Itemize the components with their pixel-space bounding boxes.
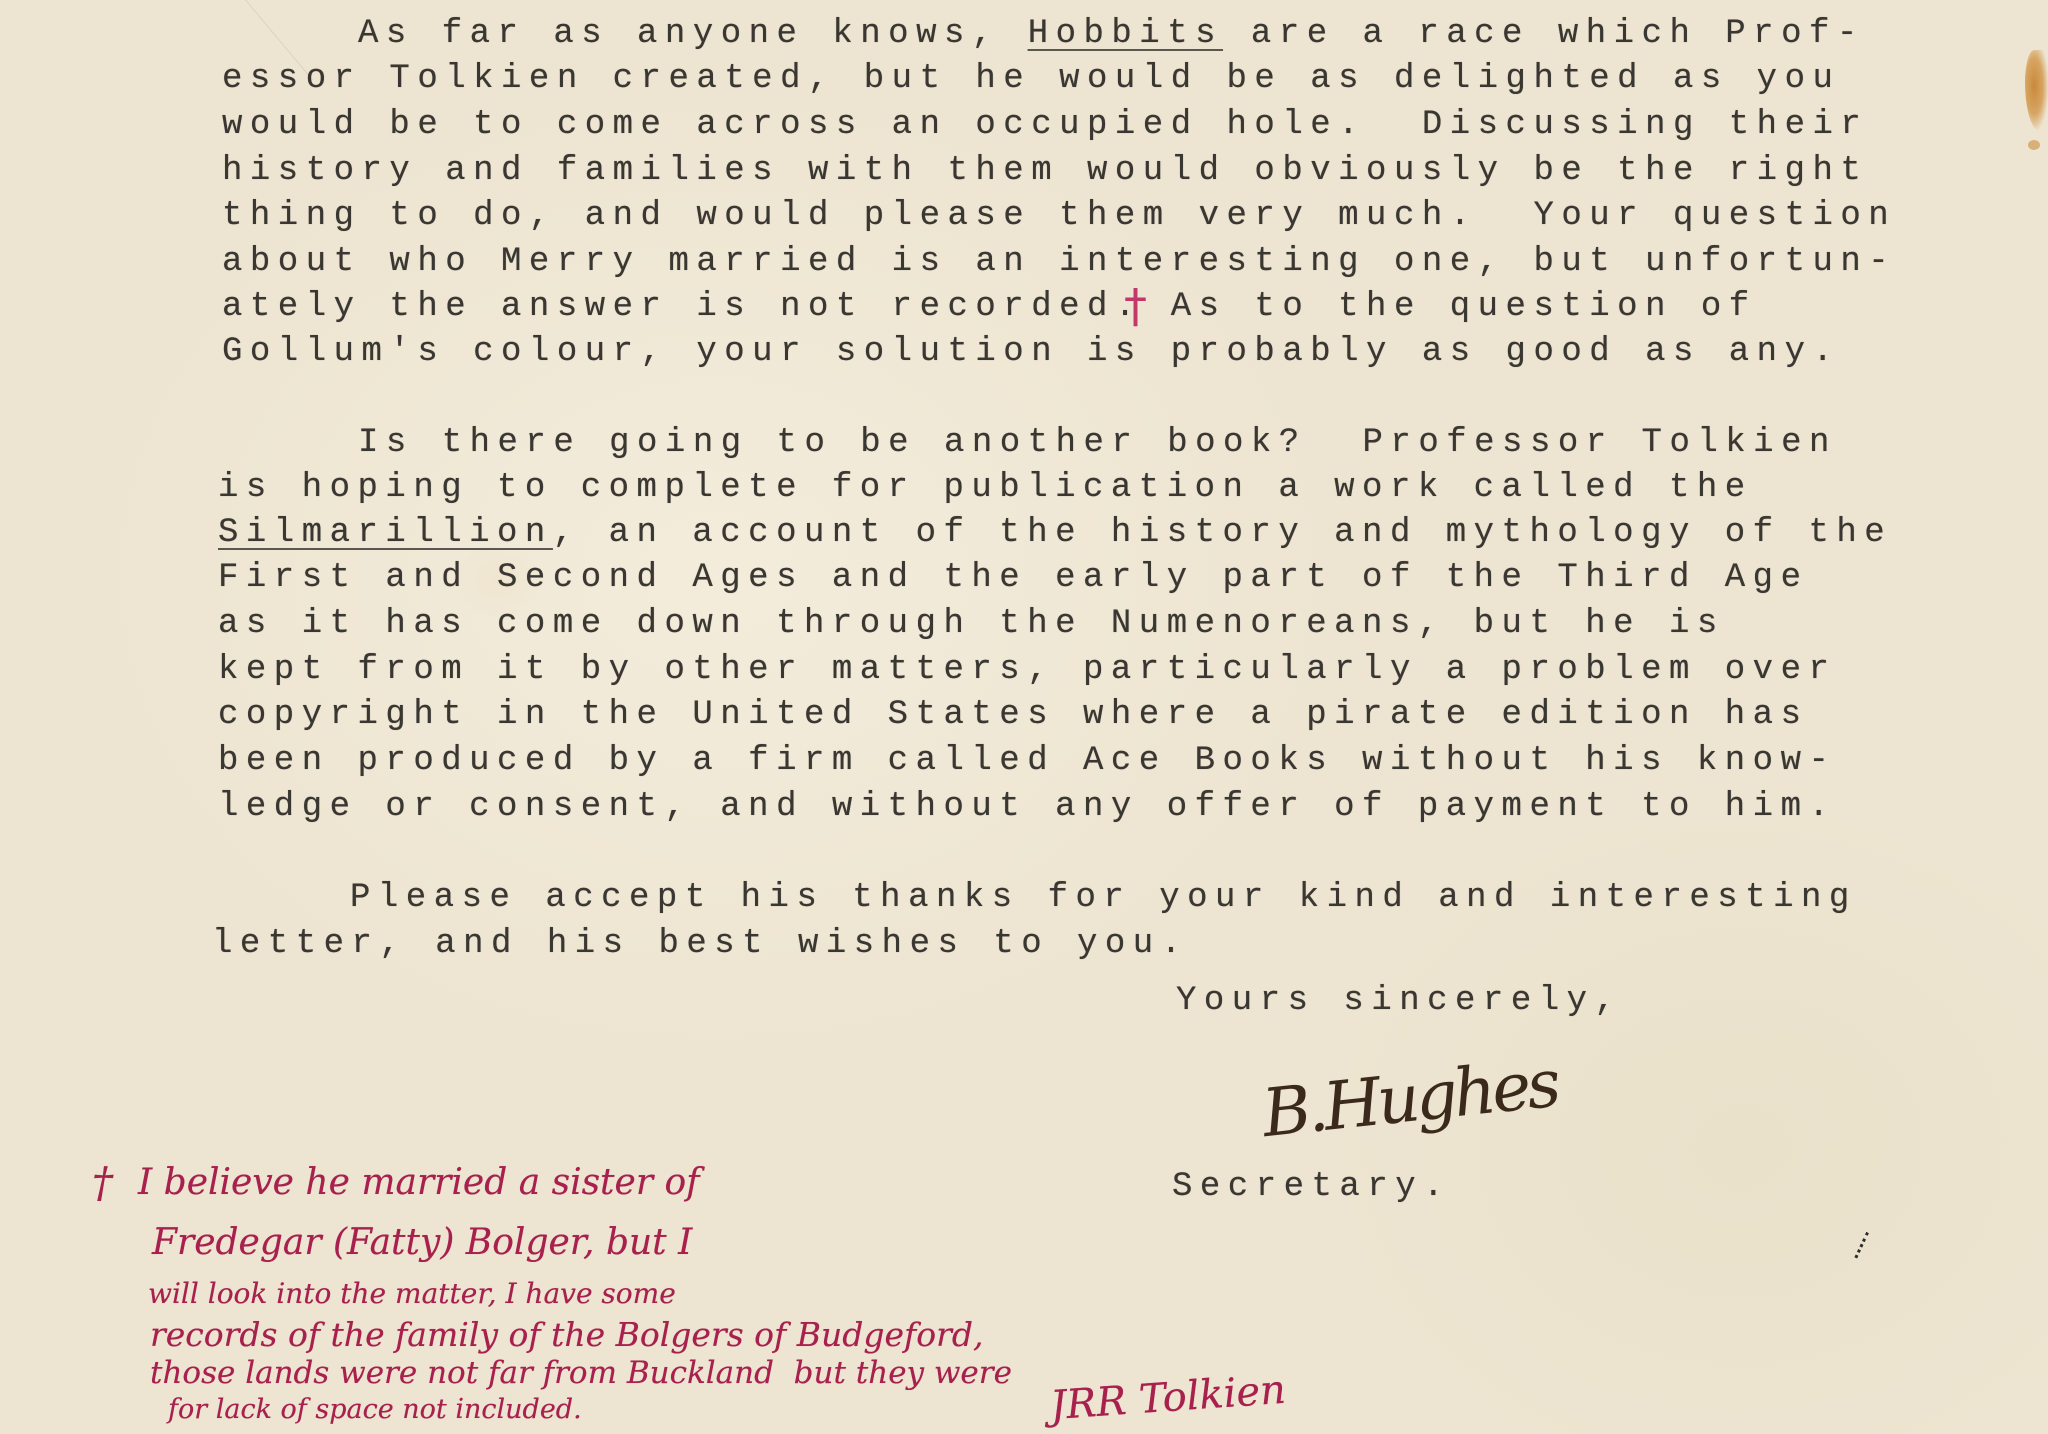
paragraph-1-line-1: As far as anyone knows, Hobbits are a ra…: [358, 17, 1865, 51]
paragraph-1-line-5: thing to do, and would please them very …: [222, 199, 1896, 233]
letter-page: As far as anyone knows, Hobbits are a ra…: [0, 0, 2048, 1434]
stain-mark-small: [2028, 140, 2040, 150]
text-segment: ately the answer is not recorded.: [222, 288, 1143, 326]
paragraph-1-line-8: Gollum's colour, your solution is probab…: [222, 335, 1840, 369]
footnote-dagger-mark: †: [1124, 283, 1147, 329]
tolkien-signature: JRR Tolkien: [1049, 1370, 1287, 1426]
paragraph-2-line-1: Is there going to be another book? Profe…: [358, 426, 1837, 460]
paragraph-1-line-6: about who Merry married is an interestin…: [222, 245, 1896, 279]
paragraph-2-line-4: First and Second Ages and the early part…: [218, 561, 1809, 595]
text-segment: are a race which Prof-: [1223, 15, 1865, 53]
paragraph-3-line-2: letter, and his best wishes to you.: [212, 927, 1189, 961]
handwritten-line-4: records of the family of the Bolgers of …: [150, 1318, 983, 1351]
text-segment: As to the question of: [1143, 288, 1757, 326]
paragraph-1-line-7: ately the answer is not recorded. As to …: [222, 290, 1757, 324]
underlined-hobbits: Hobbits: [1028, 15, 1223, 53]
paragraph-2-line-8: been produced by a firm called Ace Books…: [218, 744, 1836, 778]
stain-mark: [2025, 50, 2048, 130]
secretary-signature: B.Hughes: [1259, 1045, 1561, 1152]
handwritten-line-3: will look into the matter, I have some: [148, 1280, 676, 1308]
paragraph-2-line-5: as it has come down through the Numenore…: [218, 607, 1725, 641]
paragraph-2-line-2: is hoping to complete for publication a …: [218, 471, 1753, 505]
signatory-title: Secretary.: [1172, 1170, 1451, 1204]
paragraph-3-line-1: Please accept his thanks for your kind a…: [350, 881, 1857, 915]
paragraph-1-line-2: essor Tolkien created, but he would be a…: [222, 62, 1840, 96]
underlined-silmarillion: Silmarillion: [218, 514, 553, 552]
paragraph-1-line-4: history and families with them would obv…: [222, 154, 1868, 188]
paragraph-2-line-3: Silmarillion, an account of the history …: [218, 516, 1892, 550]
closing-salutation: Yours sincerely,: [1176, 984, 1622, 1018]
paragraph-2-line-9: ledge or consent, and without any offer …: [218, 790, 1836, 824]
ink-speck: [1854, 1232, 1872, 1260]
handwritten-dagger-mark: †: [92, 1162, 113, 1204]
handwritten-line-5: those lands were not far from Buckland b…: [150, 1358, 1012, 1389]
paragraph-2-line-7: copyright in the United States where a p…: [218, 698, 1809, 732]
handwritten-line-2: Fredegar (Fatty) Bolger, but I: [152, 1225, 692, 1261]
text-segment: As far as anyone knows,: [358, 15, 1028, 53]
handwritten-line-6: for lack of space not included.: [168, 1396, 582, 1423]
text-segment: , an account of the history and mytholog…: [553, 514, 1892, 552]
handwritten-line-1: I believe he married a sister of: [138, 1165, 699, 1201]
paragraph-1-line-3: would be to come across an occupied hole…: [222, 108, 1868, 142]
paragraph-2-line-6: kept from it by other matters, particula…: [218, 653, 1836, 687]
